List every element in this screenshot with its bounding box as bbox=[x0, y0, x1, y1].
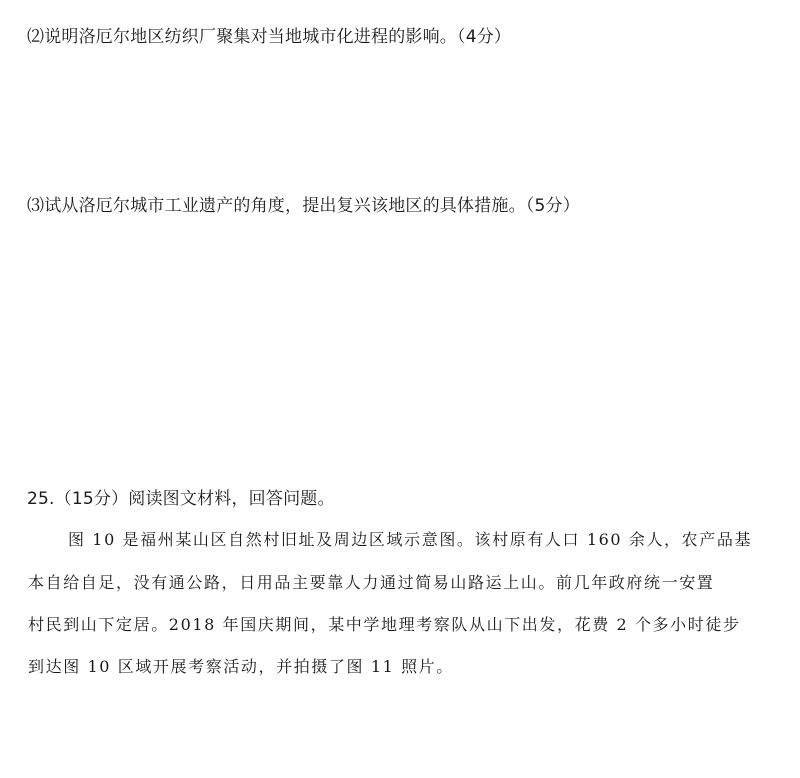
material-line-1: 图 10 是福州某山区自然村旧址及周边区域示意图。该村原有人口 160 余人，农… bbox=[68, 527, 752, 550]
question-3: ⑶试从洛厄尔城市工业遗产的角度，提出复兴该地区的具体措施。（5分） bbox=[27, 191, 580, 216]
question-25-heading: 25.（15分）阅读图文材料，回答问题。 bbox=[27, 484, 335, 509]
material-line-3: 村民到山下定居。2018 年国庆期间，某中学地理考察队从山下出发，花费 2 个多… bbox=[28, 612, 741, 635]
material-line-2: 本自给自足，没有通公路，日用品主要靠人力通过简易山路运上山。前几年政府统一安置 bbox=[28, 570, 714, 593]
material-line-4: 到达图 10 区域开展考察活动，并拍摄了图 11 照片。 bbox=[28, 654, 454, 677]
question-2: ⑵说明洛厄尔地区纺织厂聚集对当地城市化进程的影响。（4分） bbox=[27, 22, 511, 47]
